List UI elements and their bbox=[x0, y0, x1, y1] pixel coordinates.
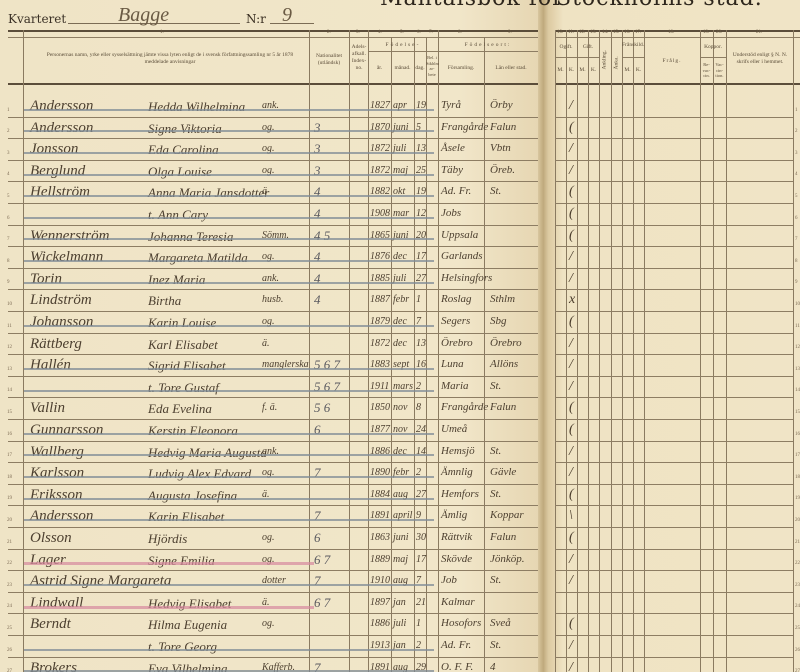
header-gift: Gift. bbox=[577, 44, 599, 51]
header-anka: Änka. bbox=[614, 58, 621, 70]
header-fodelse: Födelse- bbox=[368, 42, 438, 49]
status-mark: / bbox=[569, 660, 573, 672]
birth-day: 1 bbox=[416, 294, 421, 305]
given-names: Signe Emilia bbox=[148, 553, 215, 569]
civil-status: og. bbox=[262, 532, 275, 543]
colnum-2: 2. bbox=[327, 30, 331, 35]
birth-county: St. bbox=[490, 488, 501, 500]
birth-county: Sveå bbox=[490, 617, 511, 629]
status-mark: / bbox=[569, 163, 573, 179]
given-names: Margareta Matilda bbox=[148, 250, 248, 266]
rvline-2 bbox=[577, 30, 578, 672]
header-col5: månad. bbox=[391, 65, 414, 72]
given-names: Hedvig Elisabet bbox=[148, 596, 231, 612]
strikethrough-line bbox=[24, 519, 434, 521]
row-rule-right bbox=[555, 635, 793, 636]
table-row: 27BrokersEva VilhelminaKafferb.71891aug2… bbox=[0, 658, 540, 672]
given-names: Hilma Eugenia bbox=[148, 617, 227, 633]
birth-county: Jönköp. bbox=[490, 553, 525, 565]
right-row-number: 12 bbox=[795, 345, 800, 350]
nationality: 4 bbox=[314, 249, 321, 265]
given-names: Inez Maria bbox=[148, 272, 205, 288]
status-mark: ( bbox=[569, 184, 574, 200]
given-names: Karin Louise bbox=[148, 315, 216, 331]
given-names: t. Tore Gustaf bbox=[148, 380, 219, 396]
birth-county: St. bbox=[490, 445, 501, 457]
surname: Karlsson bbox=[30, 465, 84, 482]
right-row-number: 23 bbox=[795, 583, 800, 588]
birth-parish: O. F. F. bbox=[441, 661, 473, 672]
rvline-1 bbox=[566, 30, 567, 672]
right-row-number: 15 bbox=[795, 410, 800, 415]
nationality: 5 6 7 bbox=[314, 357, 340, 373]
row-number: 8 bbox=[7, 259, 10, 264]
rcolnum-10: 10. bbox=[557, 30, 563, 35]
civil-status: husb. bbox=[262, 294, 283, 305]
table-row: 5HellströmAnna Maria Jansdotterä41882okt… bbox=[0, 182, 540, 204]
row-rule-right bbox=[555, 592, 793, 593]
row-number: 21 bbox=[7, 540, 12, 545]
row-number: 25 bbox=[7, 626, 12, 631]
status-mark: ( bbox=[569, 314, 574, 330]
civil-status: og. bbox=[262, 618, 275, 629]
surname: Jonsson bbox=[30, 141, 78, 158]
strikethrough-line bbox=[24, 476, 434, 478]
header-bottom-rule bbox=[8, 83, 538, 85]
header-col9: Län eller stad. bbox=[484, 65, 538, 72]
birth-year: 1886 bbox=[370, 618, 390, 629]
surname: Hallén bbox=[30, 357, 71, 374]
table-row: 25BerndtHilma Eugeniaog.1886juli1Hosofor… bbox=[0, 614, 540, 636]
rcolnum-11: 11. bbox=[568, 30, 574, 35]
right-row-number: 13 bbox=[795, 367, 800, 372]
right-header-num-rule bbox=[555, 37, 800, 38]
table-row: 12RättbergKarl Elisabetä.1872dec13Örebro… bbox=[0, 334, 540, 356]
surname: Andersson bbox=[30, 98, 93, 115]
status-mark: ( bbox=[569, 530, 574, 546]
header-m-3: M. bbox=[622, 67, 633, 74]
header-col8: Församling. bbox=[438, 65, 484, 72]
row-rule-right bbox=[555, 203, 793, 204]
surname: Gunnarsson bbox=[30, 422, 103, 439]
birth-parish: Örebro bbox=[441, 337, 473, 349]
row-number: 4 bbox=[7, 172, 10, 177]
status-mark: / bbox=[569, 336, 573, 352]
given-names: Johanna Teresia bbox=[148, 229, 233, 245]
right-row-number: 16 bbox=[795, 432, 800, 437]
right-row-number: 17 bbox=[795, 453, 800, 458]
given-names: Hedda Wilhelmina bbox=[148, 99, 245, 115]
birth-parish: Roslag bbox=[441, 293, 472, 305]
birth-parish: Rättvik bbox=[441, 531, 472, 543]
birth-day: 30 bbox=[416, 532, 426, 543]
birth-county: Falun bbox=[490, 531, 516, 543]
header-fodelseort: Födelseort: bbox=[438, 42, 538, 49]
rvline-3 bbox=[588, 30, 589, 672]
nationality: 3 bbox=[314, 120, 321, 136]
birth-parish: Hemfors bbox=[441, 488, 479, 500]
header-k-2: K. bbox=[588, 67, 599, 74]
birth-parish: Åsele bbox=[441, 142, 465, 154]
birth-month: maj bbox=[393, 554, 408, 565]
header-num-rule bbox=[8, 37, 538, 38]
birth-county: Sbg bbox=[490, 315, 507, 327]
nationality: 6 7 bbox=[314, 595, 330, 611]
row-number: 23 bbox=[7, 583, 12, 588]
right-row-number: 20 bbox=[795, 518, 800, 523]
birth-county: Örebro bbox=[490, 337, 522, 349]
strikethrough-line bbox=[24, 238, 434, 240]
row-rule-right bbox=[555, 333, 793, 334]
birth-county: Gävle bbox=[490, 466, 516, 478]
rvline-10 bbox=[713, 30, 714, 672]
birth-parish: Maria bbox=[441, 380, 469, 392]
rcolnum-21: 21. bbox=[756, 30, 762, 35]
strikethrough-line bbox=[24, 282, 434, 284]
birth-year: 1889 bbox=[370, 554, 390, 565]
row-rule-right bbox=[555, 397, 793, 398]
rcolnum-20: 20. bbox=[716, 30, 722, 35]
row-number: 7 bbox=[7, 237, 10, 242]
right-row-number: 19 bbox=[795, 496, 800, 501]
right-page bbox=[548, 0, 800, 672]
birth-parish: Ämnlig bbox=[441, 466, 473, 478]
rcolnum-14: 14. bbox=[602, 30, 608, 35]
status-mark: ( bbox=[569, 120, 574, 136]
strikethrough-line bbox=[24, 152, 434, 154]
strikethrough-line bbox=[24, 174, 434, 176]
row-number: 20 bbox=[7, 518, 12, 523]
row-number: 1 bbox=[7, 108, 10, 113]
colnum-1: 1. bbox=[160, 30, 164, 35]
status-mark: / bbox=[569, 465, 573, 481]
given-names: Karin Elisabet bbox=[148, 509, 224, 525]
given-names: Birtha bbox=[148, 293, 181, 309]
surname: Torin bbox=[30, 271, 62, 288]
right-row-number: 25 bbox=[795, 626, 800, 631]
birth-parish: Jobs bbox=[441, 207, 461, 219]
strikethrough-line bbox=[24, 325, 434, 327]
header-franskild: Frånskild. bbox=[622, 42, 644, 49]
status-mark: / bbox=[569, 271, 573, 287]
table-row: 15VallinEda Evelinaf. ä.5 61850nov8Frang… bbox=[0, 398, 540, 420]
header-koppor-a: Re- vac- cin. bbox=[700, 62, 713, 79]
rvline-8 bbox=[644, 30, 645, 672]
strikethrough-line bbox=[24, 606, 314, 609]
birth-parish: Uppsala bbox=[441, 229, 478, 241]
row-rule-right bbox=[555, 354, 793, 355]
row-number: 16 bbox=[7, 432, 12, 437]
nationality: 4 bbox=[314, 184, 321, 200]
birth-parish: Ad. Fr. bbox=[441, 639, 471, 651]
table-row: 14t. Tore Gustaf5 6 71911mars2MariaSt./1… bbox=[0, 377, 540, 399]
birth-parish: Frangårde bbox=[441, 401, 488, 413]
header-understod: Understöd enligt § N. N. skrifs eller i … bbox=[730, 52, 790, 66]
birth-month: juni bbox=[393, 532, 409, 543]
civil-status: f. ä. bbox=[262, 402, 277, 413]
table-row: 13HallénSigrid Elisabetmanglerska5 6 718… bbox=[0, 355, 540, 377]
birth-county: St. bbox=[490, 574, 501, 586]
nationality: 6 7 bbox=[314, 552, 330, 568]
header-koppor-b: Vac- cin- tion. bbox=[713, 62, 726, 79]
given-names: Hjördis bbox=[148, 531, 187, 547]
right-row-number: 9 bbox=[795, 280, 798, 285]
status-mark: / bbox=[569, 98, 573, 114]
table-row: 26t. Tore Georg1913jan2Ad. Fr.St./26 bbox=[0, 636, 540, 658]
right-header-bottom-rule bbox=[555, 83, 800, 85]
nationality: 4 bbox=[314, 271, 321, 287]
status-mark: / bbox=[569, 573, 573, 589]
colnum-8: 8. bbox=[458, 30, 462, 35]
birth-day: 21 bbox=[416, 597, 426, 608]
birth-county: Allöns bbox=[490, 358, 518, 370]
rvline-0 bbox=[555, 30, 556, 672]
table-row: 10LindströmBirthahusb.41887febr1RoslagSt… bbox=[0, 290, 540, 312]
row-number: 6 bbox=[7, 216, 10, 221]
right-row-number: 10 bbox=[795, 302, 800, 307]
header-col1: Personernas namn, yrke eller sysselsättn… bbox=[40, 52, 300, 66]
strikethrough-line bbox=[24, 562, 314, 565]
right-row-number: 3 bbox=[795, 151, 798, 156]
row-number: 11 bbox=[7, 324, 12, 329]
surname: Andersson bbox=[30, 508, 93, 525]
row-rule-right bbox=[555, 138, 793, 139]
right-row-number: 8 bbox=[795, 259, 798, 264]
row-number: 10 bbox=[7, 302, 12, 307]
civil-status: ä. bbox=[262, 338, 270, 349]
row-rule-right bbox=[555, 246, 793, 247]
row-number: 2 bbox=[7, 129, 10, 134]
row-number: 13 bbox=[7, 367, 12, 372]
nationality: 3 bbox=[314, 163, 321, 179]
birth-county: St. bbox=[490, 639, 501, 651]
birth-county: Koppar bbox=[490, 509, 524, 521]
birth-county: Öreb. bbox=[490, 164, 515, 176]
surname: Astrid Signe Margareta bbox=[30, 573, 171, 590]
nationality: 7 bbox=[314, 465, 321, 481]
row-rule-right bbox=[555, 657, 793, 658]
surname: Olsson bbox=[30, 530, 72, 547]
table-row: 8WickelmannMargareta Matildaog.41876dec1… bbox=[0, 247, 540, 269]
rcolnum-16: 16. bbox=[624, 30, 630, 35]
row-rule-right bbox=[555, 181, 793, 182]
row-rule-right bbox=[555, 613, 793, 614]
birth-month: juli bbox=[393, 618, 406, 629]
row-number: 26 bbox=[7, 648, 12, 653]
birth-month: jan bbox=[393, 597, 406, 608]
birth-parish: Kalmar bbox=[441, 596, 475, 608]
title-right: Stockholms stad. bbox=[556, 0, 763, 11]
birth-parish: Helsingfors bbox=[441, 272, 492, 284]
header-m-2: M. bbox=[577, 67, 588, 74]
rvline-6 bbox=[622, 30, 623, 672]
strikethrough-line bbox=[24, 433, 434, 435]
birth-month: dec bbox=[393, 338, 407, 349]
given-names: t. Tore Georg bbox=[148, 639, 217, 655]
nr-label: N:r bbox=[246, 12, 266, 26]
birth-year: 1887 bbox=[370, 294, 390, 305]
birth-parish: Skövde bbox=[441, 553, 472, 565]
given-names: Augusta Josefina bbox=[148, 488, 237, 504]
strikethrough-line bbox=[24, 454, 434, 456]
birth-parish: Ad. Fr. bbox=[441, 185, 471, 197]
table-row: 6t. Ann Cary41908mar12Jobs(6 bbox=[0, 204, 540, 226]
rvline-9 bbox=[700, 30, 701, 672]
nationality: 5 6 7 bbox=[314, 379, 340, 395]
right-row-number: 1 bbox=[795, 108, 798, 113]
row-rule-right bbox=[555, 419, 793, 420]
nr-underline bbox=[270, 23, 314, 24]
title-left: Mantalsbok för bbox=[380, 0, 564, 11]
status-mark: \ bbox=[569, 508, 573, 524]
table-row: 17WallbergHedvig Maria Augustaank.1886de… bbox=[0, 442, 540, 464]
surname: Eriksson bbox=[30, 487, 83, 504]
nationality: 7 bbox=[314, 573, 321, 589]
right-row-number: 11 bbox=[795, 324, 800, 329]
row-rule-right bbox=[555, 268, 793, 269]
status-mark: / bbox=[569, 357, 573, 373]
birth-parish: Hemsjö bbox=[441, 445, 475, 457]
header-k-3: K. bbox=[633, 67, 644, 74]
right-row-number: 26 bbox=[795, 648, 800, 653]
status-mark: ( bbox=[569, 400, 574, 416]
right-row-number: 24 bbox=[795, 604, 800, 609]
row-number: 19 bbox=[7, 496, 12, 501]
surname: Wickelmann bbox=[30, 249, 103, 266]
right-row-number: 18 bbox=[795, 475, 800, 480]
header-col7: Bel. i Stkhlm ar- bete bbox=[426, 55, 438, 77]
birth-day: 1 bbox=[416, 618, 421, 629]
birth-county: Örby bbox=[490, 99, 513, 111]
table-row: 18KarlssonLudvig Alex Edvardog.71890febr… bbox=[0, 463, 540, 485]
nationality: 6 bbox=[314, 530, 321, 546]
row-number: 14 bbox=[7, 388, 12, 393]
right-row-number: 7 bbox=[795, 237, 798, 242]
strikethrough-line bbox=[24, 217, 434, 219]
status-mark: ( bbox=[569, 206, 574, 222]
rvline-4 bbox=[599, 30, 600, 672]
colnum-9: 9. bbox=[508, 30, 512, 35]
strikethrough-line bbox=[24, 195, 434, 197]
strikethrough-line bbox=[24, 109, 434, 111]
colnum-7: 7. bbox=[429, 30, 433, 35]
table-row: 24LindwallHedvig Elisabetä.6 71897jan21K… bbox=[0, 593, 540, 615]
birth-parish: Täby bbox=[441, 164, 463, 176]
birth-county: St. bbox=[490, 380, 501, 392]
kvarteret-label: Kvarteret bbox=[8, 12, 66, 26]
status-mark: x bbox=[569, 292, 575, 308]
right-row-number: 6 bbox=[795, 216, 798, 221]
surname: Lindström bbox=[30, 292, 92, 309]
rvline-12 bbox=[793, 30, 794, 672]
row-number: 17 bbox=[7, 453, 12, 458]
row-number: 12 bbox=[7, 345, 12, 350]
birth-parish: Ämlig bbox=[441, 509, 467, 521]
row-rule-right bbox=[555, 376, 793, 377]
status-mark: / bbox=[569, 444, 573, 460]
strikethrough-line bbox=[24, 368, 434, 370]
birth-day: 17 bbox=[416, 554, 426, 565]
rvline-11 bbox=[726, 30, 727, 672]
surname: Andersson bbox=[30, 120, 93, 137]
status-mark: / bbox=[569, 141, 573, 157]
row-rule-right bbox=[555, 311, 793, 312]
nationality: 4 bbox=[314, 206, 321, 222]
given-names: Eda Evelina bbox=[148, 401, 212, 417]
table-row: 9TorinInez Mariaank.41885juli27Helsingfo… bbox=[0, 269, 540, 291]
rcolnum-15: 15. bbox=[613, 30, 619, 35]
given-names: Kerstin Eleonora bbox=[148, 423, 238, 439]
row-rule-right bbox=[555, 441, 793, 442]
row-rule-right bbox=[555, 225, 793, 226]
right-row-number: 21 bbox=[795, 540, 800, 545]
birth-parish: Umeå bbox=[441, 423, 467, 435]
birth-county: 4 bbox=[490, 661, 496, 672]
table-row: 11JohanssonKarin Louiseog.1879dec7Segers… bbox=[0, 312, 540, 334]
status-mark: ( bbox=[569, 422, 574, 438]
strikethrough-line bbox=[24, 390, 434, 392]
birth-day: 13 bbox=[416, 338, 426, 349]
rvline-5 bbox=[611, 30, 612, 672]
table-row: 23Astrid Signe Margaretadotter71910aug7J… bbox=[0, 571, 540, 593]
birth-day: 8 bbox=[416, 402, 421, 413]
rcolnum-18: 18. bbox=[668, 30, 674, 35]
status-mark: / bbox=[569, 249, 573, 265]
strikethrough-line bbox=[24, 498, 434, 500]
table-row: 7WennerströmJohanna TeresiaSömm.4 51865j… bbox=[0, 226, 540, 248]
given-names: Sigrid Elisabet bbox=[148, 358, 226, 374]
nationality: 3 bbox=[314, 141, 321, 157]
nationality: 6 bbox=[314, 422, 321, 438]
given-names: Eda Carolina bbox=[148, 142, 219, 158]
birth-month: febr bbox=[393, 294, 409, 305]
surname: Hellström bbox=[30, 184, 90, 201]
right-row-number: 4 bbox=[795, 172, 798, 177]
header-col6: dag. bbox=[414, 65, 426, 72]
strikethrough-line bbox=[24, 260, 434, 262]
surname: Vallin bbox=[30, 400, 65, 417]
surname: Wallberg bbox=[30, 444, 84, 461]
given-names: Ludvig Alex Edvard bbox=[148, 466, 251, 482]
surname: Lager bbox=[30, 552, 66, 569]
right-row-number: 5 bbox=[795, 194, 798, 199]
row-number: 22 bbox=[7, 561, 12, 566]
colnum-4: 4. bbox=[378, 30, 382, 35]
strikethrough-line bbox=[24, 649, 434, 651]
right-row-number: 14 bbox=[795, 388, 800, 393]
header-koppor: Koppor. bbox=[700, 44, 726, 51]
right-row-number: 22 bbox=[795, 561, 800, 566]
nationality: 4 bbox=[314, 292, 321, 308]
table-row: 21OlssonHjördisog.61863juni30RättvikFalu… bbox=[0, 528, 540, 550]
nationality: 4 5 bbox=[314, 228, 330, 244]
header-col4: år. bbox=[368, 65, 391, 72]
given-names: Olga Louise bbox=[148, 164, 212, 180]
right-row-number: 2 bbox=[795, 129, 798, 134]
table-row: 3JonssonEda Carolinaog.31872juli13ÅseleV… bbox=[0, 139, 540, 161]
header-m-1: M. bbox=[555, 67, 566, 74]
strikethrough-line bbox=[24, 130, 434, 132]
birth-parish: Garlands bbox=[441, 250, 483, 262]
row-number: 9 bbox=[7, 280, 10, 285]
table-row: 1AnderssonHedda Wilhelminaank.1827apr19T… bbox=[0, 96, 540, 118]
birth-county: Falun bbox=[490, 401, 516, 413]
given-names: Anna Maria Jansdotter bbox=[148, 185, 269, 201]
row-number: 15 bbox=[7, 410, 12, 415]
status-mark: / bbox=[569, 552, 573, 568]
given-names: Signe Viktoria bbox=[148, 121, 222, 137]
surname: Berndt bbox=[30, 616, 71, 633]
